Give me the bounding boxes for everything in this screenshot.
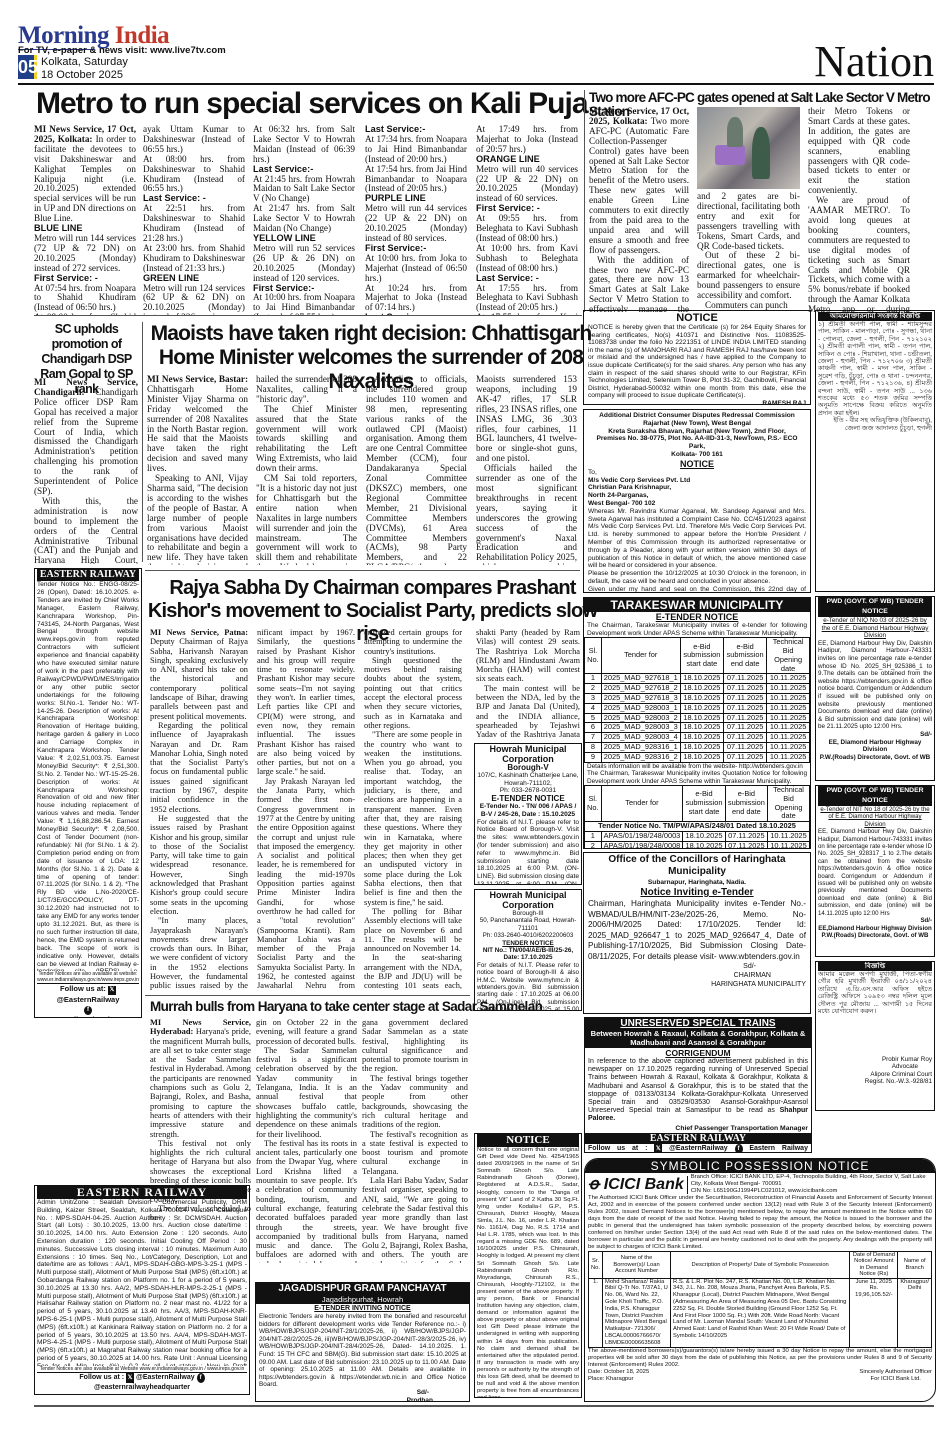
bengali-property-notice: বিজ্ঞপ্তি আমার মক্কেল অপর্ণা মুখার্জী, প… xyxy=(815,961,935,1111)
table-row: 42025_MAD_928003_118.10.202507.11.202510… xyxy=(585,703,810,713)
icici-logo: ꝋ ICICI Bank xyxy=(588,1176,688,1194)
eastern-railway-tender-notice: EASTERN RAILWAY Tender Notice No.: ENGG-… xyxy=(34,568,142,1018)
table-row: 82025_MAD_928316_118.10.202507.11.202510… xyxy=(585,742,810,752)
murrah-col-3: gana government declared Sadar Sammelan … xyxy=(362,1018,468,1263)
visit-line: For TV, e-paper & news visit: www.live7t… xyxy=(18,45,226,56)
facebook-handle-link[interactable]: easternrailwayheadquarter xyxy=(40,1015,135,1018)
column-divider xyxy=(584,90,585,312)
table-row: 72025_MAD_928003_418.10.202507.11.202510… xyxy=(585,733,810,743)
tarakeswar-tender-notice: TARAKESWAR MUNICIPALITY E-TENDER NOTICE … xyxy=(583,597,811,849)
jagadishpur-tender-notice: JAGADISHPUR GRAM PANCHAYAT Jagadishpurha… xyxy=(255,1282,470,1402)
x-twitter-icon: 𝕏 xyxy=(654,1144,662,1153)
pwd-tender-notice-2: PWD (GOVT. OF WB) TENDER NOTICE e-Tender… xyxy=(815,785,935,957)
metro-col-1: MI News Service, 17 Oct, 2025, Kolkata: … xyxy=(34,125,136,315)
headline-metro: Metro to run special services on Kali Pu… xyxy=(36,88,588,120)
metro-col-4: Last Service:-At 17:34 hrs. from Noapara… xyxy=(365,125,467,315)
dateline: Kolkata, Saturday18 October 2025 xyxy=(41,56,128,82)
facebook-icon: f xyxy=(735,1144,743,1153)
metro-col-2: ayak Uttam Kumar to Dakshineswar (Instea… xyxy=(143,125,245,315)
facebook-icon: f xyxy=(197,1373,205,1383)
facebook-icon: f xyxy=(84,1006,92,1015)
afc-col-2: and 2 gates are bi-directional, facilita… xyxy=(697,192,800,312)
icici-swirl-icon: ꝋ xyxy=(588,1176,599,1193)
share-loss-notice: NOTICE NOTICE is hereby given that the C… xyxy=(583,310,811,405)
icici-symbolic-possession-notice: SYMBOLIC POSSESSION NOTICE ꝋ ICICI Bank … xyxy=(584,1158,936,1402)
table-row: 92025_MAD_928316_218.10.202507.11.202510… xyxy=(585,752,810,762)
afc-col-3: their Metro Tokens or Smart Cards at the… xyxy=(808,107,910,312)
hmc-borough-v-tender: Howrah Municipal Corporation Borough-V 1… xyxy=(474,743,582,885)
column-divider xyxy=(142,322,143,562)
table-row: 32025_MAD_927618_318.10.202507.11.202510… xyxy=(585,693,810,703)
section-divider xyxy=(34,315,582,316)
icici-borrower-table: Sr. No. Name of the Borrower(s)/ Loan Ac… xyxy=(588,1251,932,1348)
tarakeswar-table-1: Sl. No.Tender fore-Bid submission start … xyxy=(584,637,810,762)
murrah-col-2: gin on October 22 in the evening, will f… xyxy=(256,1018,357,1263)
x-handle-link[interactable]: @EasternRailway xyxy=(669,1145,728,1152)
pwd-tender-notice-1: PWD (GOVT. OF WB) TENDER NOTICE e-Tender… xyxy=(815,596,935,781)
table-row: 1APAS/01/198/248/000318.10.202507.11.202… xyxy=(585,832,810,842)
maoists-col-3: According to officials, the surrendered … xyxy=(366,375,467,565)
table-row: 2APAS/01/198/248/000818.10.202507.11.202… xyxy=(585,841,810,849)
top-rule xyxy=(18,83,934,85)
x-twitter-icon: 𝕏 xyxy=(108,986,116,995)
x-twitter-icon: 𝕏 xyxy=(126,1373,134,1383)
bottom-rule xyxy=(34,1405,934,1407)
metro-gate-photo xyxy=(697,107,800,189)
bengali-power-of-attorney-notice: আমমোক্তারনামা সংক্রান্ত বিজ্ঞপ্তি ১) শ্র… xyxy=(815,310,935,592)
section-divider xyxy=(145,995,470,996)
headline-murrah: Murrah bulls from Haryana to take center… xyxy=(150,1000,542,1014)
section-divider xyxy=(145,570,580,571)
maoists-col-4: Maoists surrendered 153 weapons, includi… xyxy=(476,375,577,565)
gift-deed-notice: NOTICE Notice to all concern that one or… xyxy=(474,1133,582,1398)
metro-col-3: At 06:32 hrs. from Salt Lake Sector V to… xyxy=(253,125,355,315)
rajya-col-4: shakti Party (headed by Ram Vilas) will … xyxy=(476,628,580,738)
maoists-col-2: hailed the surrender of 208 Naxalites, c… xyxy=(256,375,357,565)
haringhata-tender-notice: Office of the Concillors of Haringhata M… xyxy=(583,852,811,1014)
x-handle-link[interactable]: @EasternRailway xyxy=(136,1374,195,1381)
section-title: Nation xyxy=(814,40,934,84)
afc-col-1: MI News Service, 17 Oct, 2025, Kolkata: … xyxy=(589,107,689,312)
facebook-handle-link[interactable]: @easternrailwayheadquarter xyxy=(94,1384,190,1391)
x-handle-link[interactable]: @EasternRailway xyxy=(57,995,120,1004)
eastern-railway-auction-notice: EASTERN RAILWAY Admin Unit/Zone : Sealda… xyxy=(34,1185,250,1395)
page-number: 05 xyxy=(18,55,37,79)
rajya-col-1: MI News Service, Patna: Deputy Chairman … xyxy=(150,628,248,990)
tarakeswar-table-2: Sl. No.Tender fore-Bid submission start … xyxy=(584,785,810,849)
table-row: 22025_MAD_927618_218.10.202507.11.202510… xyxy=(585,684,810,694)
rajya-col-2: nificant impact by 1967. Similarly, the … xyxy=(257,628,355,990)
rajya-col-3: criticised certain groups for attempting… xyxy=(364,628,462,990)
sc-body: MI News Service, Chandigarh: Chandigarh … xyxy=(34,378,138,564)
consumer-commission-notice: Additional District Consumer Disputes Re… xyxy=(583,409,811,593)
maoists-col-1: MI News Service, Bastar: Chhattisgarh Ho… xyxy=(147,375,248,565)
metro-col-5: At 17:49 hrs. from Majerhat to Joka (Ins… xyxy=(476,125,578,315)
hmc-borough-iii-tender: Howrah Municipal Corporation Borough-III… xyxy=(474,889,582,1011)
unreserved-trains-notice: UNRESERVED SPECIAL TRAINS Between Howrah… xyxy=(584,1017,812,1153)
